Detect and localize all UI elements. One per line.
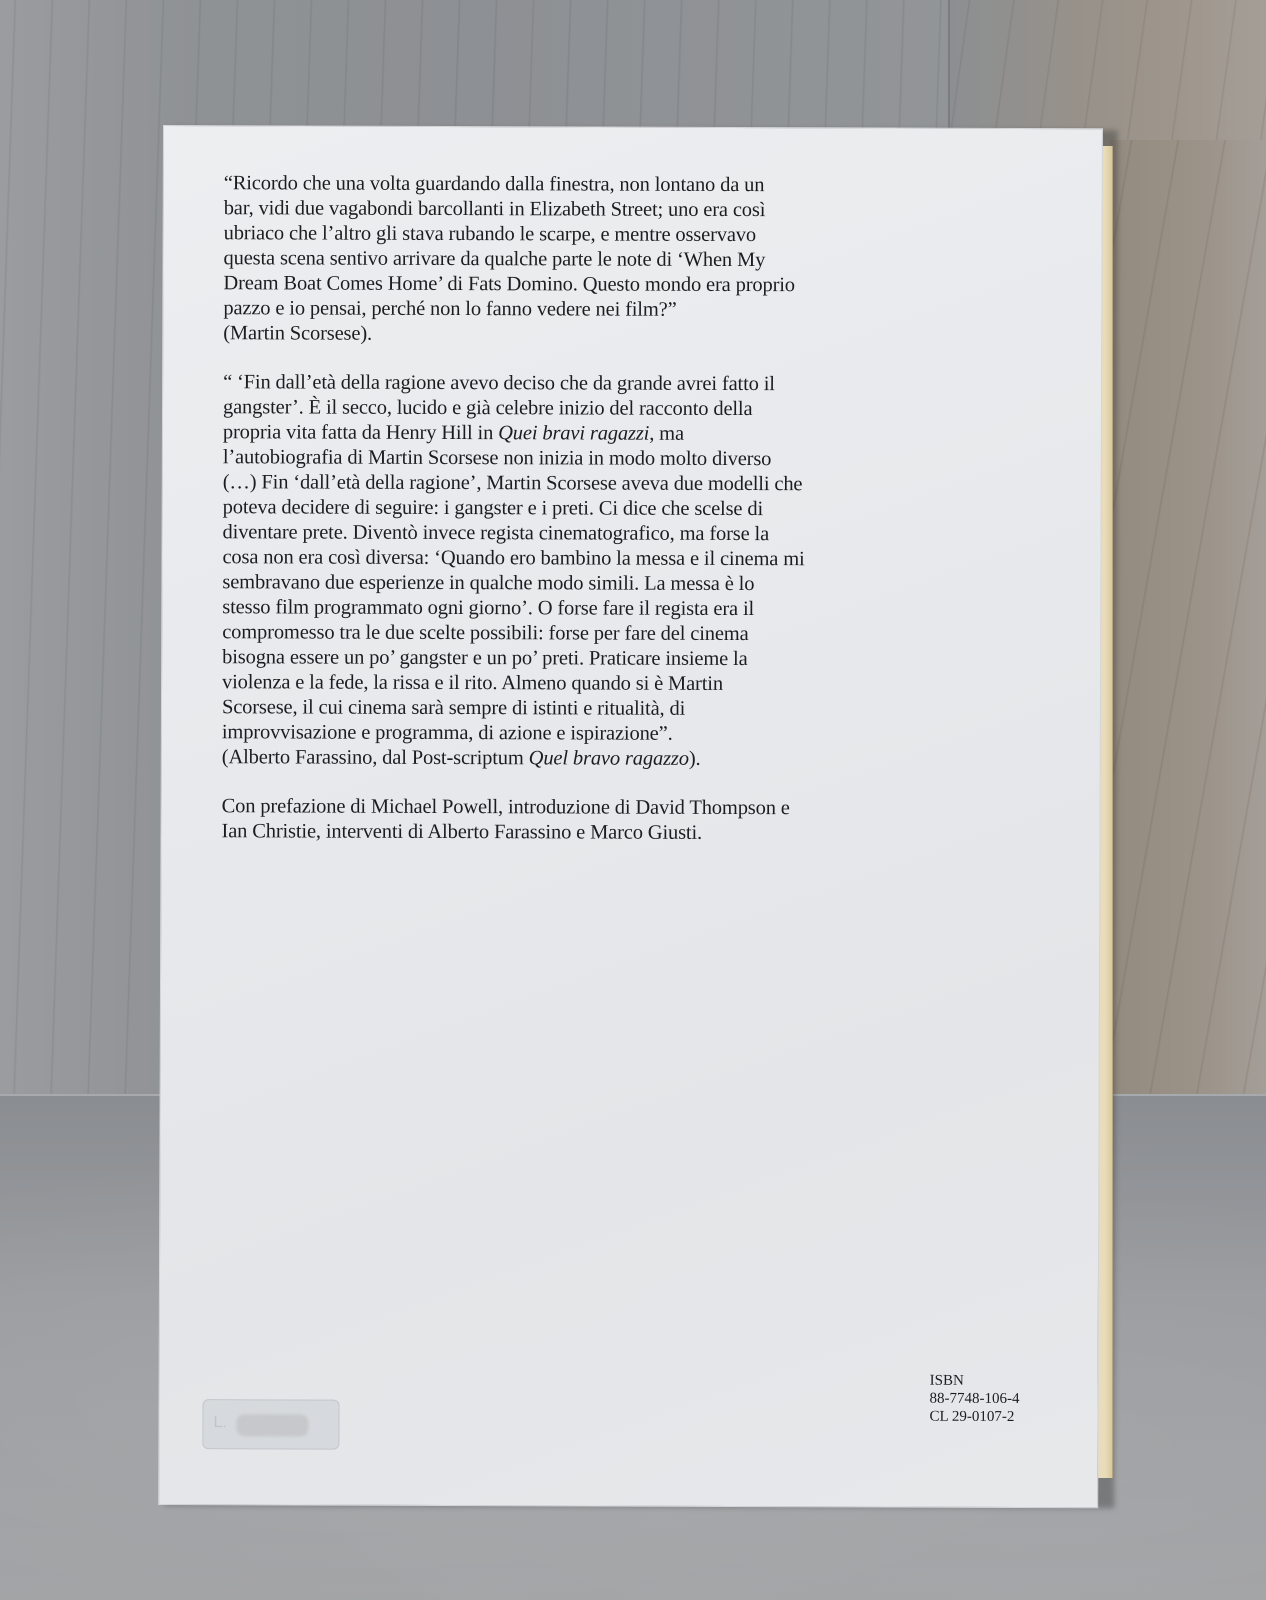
catalog-code: CL 29-0107-2 bbox=[929, 1408, 1019, 1426]
text-line: bisogna essere un po’ gangster e un po’ … bbox=[222, 645, 922, 672]
film-title: Quei bravi ragazzi bbox=[498, 422, 649, 445]
text-line: questa scena sentivo arrivare da qualche… bbox=[223, 246, 923, 273]
floor-seam bbox=[948, 0, 950, 140]
text-line: l’autobiografia di Martin Scorsese non i… bbox=[223, 445, 923, 472]
text-segment: (Alberto Farassino, dal Post-scriptum bbox=[222, 746, 529, 769]
text-segment: propria vita fatta da Henry Hill in bbox=[223, 421, 498, 444]
text-line: gangster’. È il secco, lucido e già cele… bbox=[223, 395, 923, 422]
text-line: propria vita fatta da Henry Hill in Quei… bbox=[223, 420, 923, 447]
floor-plank bbox=[1110, 140, 1266, 1130]
text-line: Ian Christie, interventi di Alberto Fara… bbox=[221, 819, 921, 846]
credits-paragraph: Con prefazione di Michael Powell, introd… bbox=[221, 794, 921, 846]
text-line: Con prefazione di Michael Powell, introd… bbox=[222, 794, 922, 821]
text-line: Scorsese, il cui cinema sarà sempre di i… bbox=[222, 695, 922, 722]
text-line: pazzo e io pensai, perché non lo fanno v… bbox=[223, 296, 923, 323]
price-sticker: L. bbox=[202, 1399, 339, 1449]
isbn-label: ISBN bbox=[930, 1372, 1020, 1390]
text-segment: , ma bbox=[649, 423, 684, 445]
quote-attribution: (Martin Scorsese). bbox=[223, 321, 923, 348]
back-cover-text: “Ricordo che una volta guardando dalla f… bbox=[221, 171, 923, 870]
text-line: stesso film programmato ogni giorno’. O … bbox=[222, 595, 922, 622]
text-segment: ). bbox=[689, 748, 701, 770]
text-line: poteva decidere di seguire: i gangster e… bbox=[223, 495, 923, 522]
text-line: cosa non era così diversa: ‘Quando ero b… bbox=[222, 545, 922, 572]
text-line: improvvisazione e programma, di azione e… bbox=[222, 720, 922, 747]
price-sticker-label: L. bbox=[213, 1414, 226, 1432]
scorsese-quote: “Ricordo che una volta guardando dalla f… bbox=[223, 171, 924, 348]
isbn-number: 88-7748-106-4 bbox=[930, 1390, 1020, 1408]
quote-attribution: (Alberto Farassino, dal Post-scriptum Qu… bbox=[222, 745, 922, 772]
price-sticker-smudge bbox=[236, 1414, 308, 1436]
text-line: compromesso tra le due scelte possibili:… bbox=[222, 620, 922, 647]
postscript-title: Quel bravo ragazzo bbox=[529, 747, 689, 770]
text-line: diventare prete. Diventò invece regista … bbox=[223, 520, 923, 547]
text-line: “ ‘Fin dall’età della ragione avevo deci… bbox=[223, 370, 923, 397]
farassino-quote: “ ‘Fin dall’età della ragione avevo deci… bbox=[222, 370, 923, 772]
text-line: Dream Boat Comes Home’ di Fats Domino. Q… bbox=[223, 271, 923, 298]
text-line: sembravano due esperienze in qualche mod… bbox=[222, 570, 922, 597]
book-back-cover: “Ricordo che una volta guardando dalla f… bbox=[158, 125, 1103, 1508]
text-line: violenza e la fede, la rissa e il rito. … bbox=[222, 670, 922, 697]
isbn-block: ISBN 88-7748-106-4 CL 29-0107-2 bbox=[929, 1372, 1019, 1426]
text-line: (…) Fin ‘dall’età della ragione’, Martin… bbox=[223, 470, 923, 497]
text-line: ubriaco che l’altro gli stava rubando le… bbox=[224, 221, 924, 248]
text-line: “Ricordo che una volta guardando dalla f… bbox=[224, 171, 924, 198]
text-line: bar, vidi due vagabondi barcollanti in E… bbox=[224, 196, 924, 223]
